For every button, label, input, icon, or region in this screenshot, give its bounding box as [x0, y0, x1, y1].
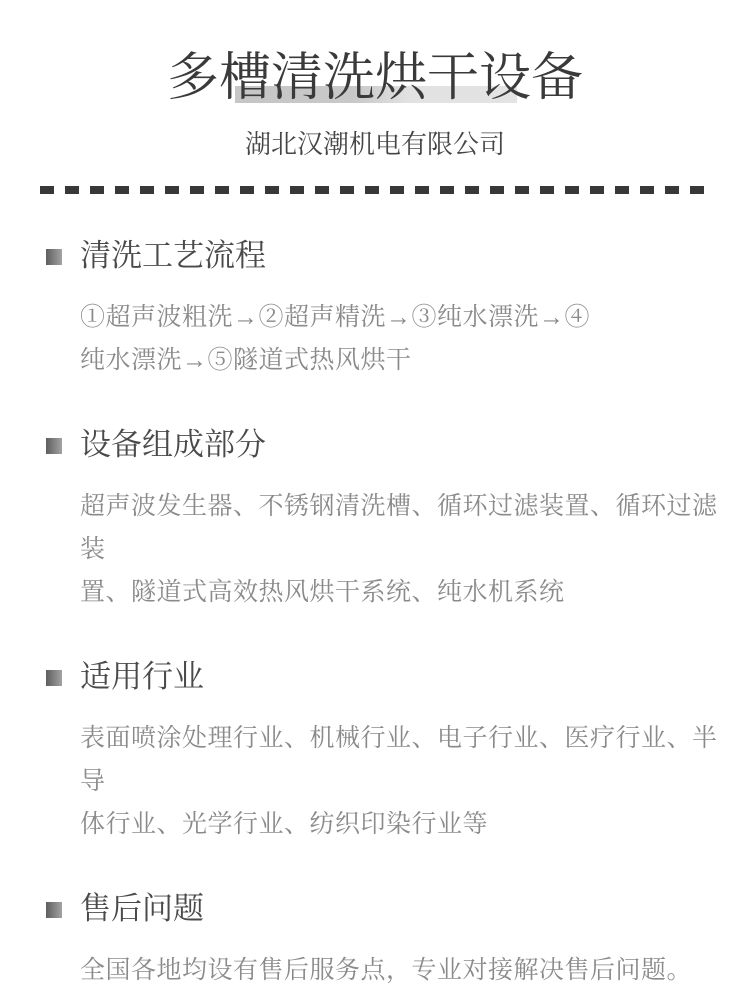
page-header: 多槽清洗烘干设备 [0, 0, 750, 111]
square-bullet-icon [46, 438, 62, 454]
section-heading-label: 售后问题 [80, 889, 204, 929]
section-heading-label: 设备组成部分 [80, 425, 266, 465]
section-body-text: 表面喷涂处理行业、机械行业、电子行业、医疗行业、半导 体行业、光学行业、纺织印染… [80, 717, 736, 846]
section-body-text: 超声波发生器、不锈钢清洗槽、循环过滤装置、循环过滤装 置、隧道式高效热风烘干系统… [80, 485, 736, 614]
dashed-divider [40, 186, 712, 194]
section-heading: 设备组成部分 [46, 425, 750, 465]
square-bullet-icon [46, 249, 62, 265]
section-heading: 适用行业 [46, 657, 750, 697]
section-body-text: 全国各地均设有售后服务点，专业对接解决售后问题。 [80, 949, 736, 992]
square-bullet-icon [46, 902, 62, 918]
company-name: 湖北汉潮机电有限公司 [0, 127, 750, 161]
section-applicable-industries: 适用行业 表面喷涂处理行业、机械行业、电子行业、医疗行业、半导 体行业、光学行业… [0, 657, 750, 846]
section-body-text: ①超声波粗洗→②超声精洗→③纯水漂洗→④ 纯水漂洗→⑤隧道式热风烘干 [80, 296, 736, 382]
product-detail-page: 多槽清洗烘干设备 湖北汉潮机电有限公司 清洗工艺流程 ①超声波粗洗→②超声精洗→… [0, 0, 750, 1004]
section-after-sales: 售后问题 全国各地均设有售后服务点，专业对接解决售后问题。 [0, 889, 750, 992]
section-heading: 售后问题 [46, 889, 750, 929]
section-heading-label: 清洗工艺流程 [80, 236, 266, 276]
section-heading-label: 适用行业 [80, 657, 204, 697]
square-bullet-icon [46, 670, 62, 686]
section-equipment-components: 设备组成部分 超声波发生器、不锈钢清洗槽、循环过滤装置、循环过滤装 置、隧道式高… [0, 425, 750, 614]
section-heading: 清洗工艺流程 [46, 236, 750, 276]
page-title: 多槽清洗烘干设备 [167, 46, 583, 111]
section-cleaning-process: 清洗工艺流程 ①超声波粗洗→②超声精洗→③纯水漂洗→④ 纯水漂洗→⑤隧道式热风烘… [0, 236, 750, 382]
